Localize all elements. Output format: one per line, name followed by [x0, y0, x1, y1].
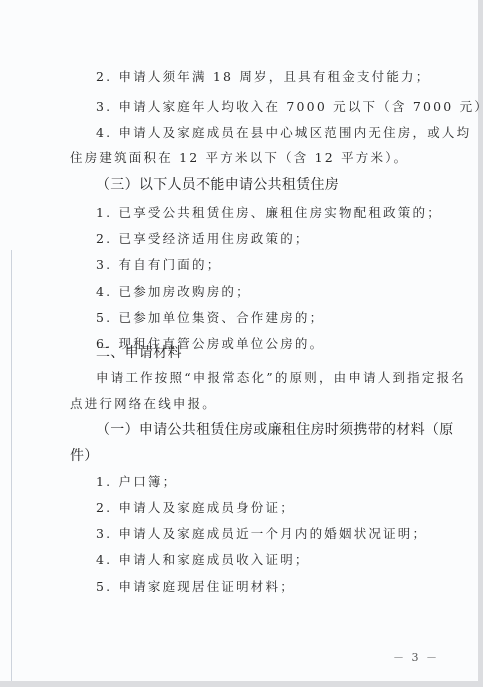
exclusion-2: 2. 已享受经济适用住房政策的；	[96, 229, 310, 247]
requirement-2: 2. 申请人须年满 18 周岁，且具有租金支付能力；	[96, 67, 430, 85]
exclusion-3: 3. 有自有门面的；	[96, 255, 221, 273]
material-3: 3. 申请人及家庭成员近一个月内的婚姻状况证明；	[96, 524, 427, 542]
page-number: － 3 －	[393, 649, 439, 665]
exclusion-5: 5. 已参加单位集资、合作建房的；	[96, 308, 324, 326]
exclusion-1: 1. 已享受公共租赁住房、廉租住房实物配租政策的；	[96, 203, 442, 221]
section-1-heading: （一）申请公共租赁住房或廉租住房时须携带的材料（原	[96, 419, 454, 439]
document-page: 2. 申请人须年满 18 周岁，且具有租金支付能力； 3. 申请人家庭年人均收入…	[0, 0, 478, 681]
exclusion-4: 4. 已参加房改购房的；	[96, 282, 251, 300]
materials-intro: 申请工作按照“申报常态化”的原则，由申请人到指定报名	[96, 368, 466, 386]
section-2-heading: 二、申请材料	[96, 342, 182, 362]
material-4: 4. 申请人和家庭成员收入证明；	[96, 550, 310, 568]
requirement-3: 3. 申请人家庭年人均收入在 7000 元以下（含 7000 元）；	[96, 97, 483, 115]
section-3-heading: （三）以下人员不能申请公共租赁住房	[96, 174, 339, 194]
materials-intro-cont: 点进行网络在线申报。	[70, 394, 217, 412]
requirement-4: 4. 申请人及家庭成员在县中心城区范围内无住房，或人均	[96, 123, 471, 141]
material-5: 5. 申请家庭现居住证明材料；	[96, 577, 295, 595]
material-1: 1. 户口簿；	[96, 472, 177, 490]
material-2: 2. 申请人及家庭成员身份证；	[96, 498, 295, 516]
scan-edge-line	[11, 250, 12, 681]
requirement-4-cont: 住房建筑面积在 12 平方米以下（含 12 平方米）。	[70, 148, 408, 166]
section-1-heading-cont: 件）	[70, 445, 99, 465]
